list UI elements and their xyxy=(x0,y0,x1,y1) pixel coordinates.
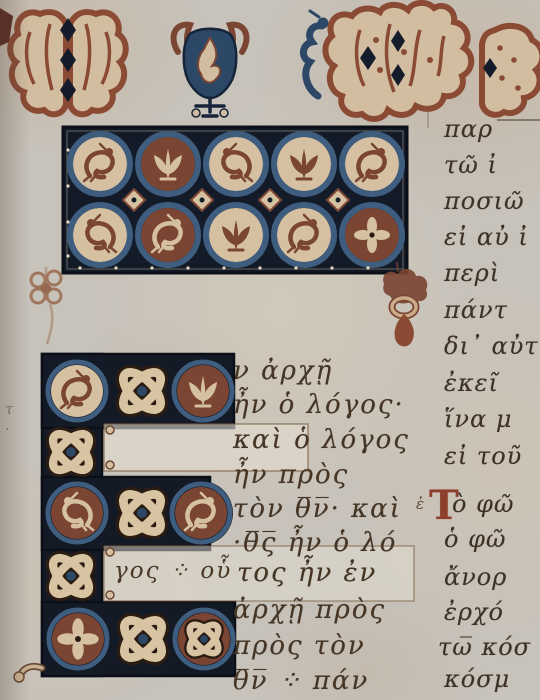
right-column-line: ἐρχό xyxy=(444,600,504,624)
headpiece-medallion-bird xyxy=(67,202,133,268)
right-column-line: ποσιῶ xyxy=(444,189,525,213)
initial-medallion-palmette xyxy=(171,359,235,423)
initial-medallion-knot xyxy=(172,607,236,671)
initial-counter-text: γος ⁘ οὗ xyxy=(114,560,232,583)
gospel-text-line: πρὸς τὸν xyxy=(233,633,366,659)
headpiece-medallion-palmette xyxy=(135,131,201,197)
initial-knot xyxy=(118,614,167,663)
margin-quatrefoil-ornament xyxy=(31,267,61,344)
right-column-line: εἰ αὐ ἰ xyxy=(444,225,529,249)
gospel-text-line: θ̅ν̅ ⁘ πάν xyxy=(233,668,369,694)
gospel-text-line: ἦν ὁ λόγος· xyxy=(233,392,405,418)
pendant-drop-ornament xyxy=(383,262,427,346)
right-column-line: ὸ φῶ xyxy=(452,492,514,516)
gospel-text-line: τος ἦν ἐν xyxy=(237,560,377,586)
right-column-line: ἄνορ xyxy=(444,565,507,589)
headpiece-medallion-bird xyxy=(135,202,201,268)
initial-medallion-flower xyxy=(46,607,110,671)
right-column-line: τῶ ἰ xyxy=(444,153,498,177)
right-column-line: ὁ φῶ xyxy=(444,527,506,551)
right-column-line: τω̅ κόσ xyxy=(438,635,531,659)
headpiece-medallion-bird xyxy=(271,202,337,268)
headpiece-panel xyxy=(63,127,407,273)
headpiece-medallion-bird xyxy=(203,131,269,197)
right-column-line: εἰ τοῦ xyxy=(444,444,522,468)
right-column-line: παρ xyxy=(444,117,493,141)
right-column-line: ἐκεῖ xyxy=(444,371,499,395)
initial-knot xyxy=(117,366,166,415)
headpiece-medallion-bird xyxy=(67,131,133,197)
headpiece-medallion-palmette xyxy=(271,131,337,197)
headpiece-medallion-palmette xyxy=(203,202,269,268)
initial-foot-hook xyxy=(14,666,42,682)
gospel-text-line: ἀρχῇ πρὸς xyxy=(233,597,386,623)
right-column-line: πάντ xyxy=(444,298,508,322)
gospel-text-line: ·θ̅ς̅ ἦν ὁ λό xyxy=(233,530,397,556)
right-column-line: περὶ xyxy=(444,261,500,285)
gospel-text-line: ν ἀρχῇ xyxy=(233,358,333,384)
top-finial-center xyxy=(174,25,247,117)
headpiece-medallion-bird xyxy=(339,131,405,197)
initial-knot xyxy=(117,488,166,537)
headpiece-medallion-flower xyxy=(339,202,405,268)
top-finial-right xyxy=(303,3,540,119)
initial-stem-knot xyxy=(47,552,95,600)
initial-medallion-bird xyxy=(45,359,109,423)
gospel-text-line: ἦν πρὸς xyxy=(233,462,349,488)
manuscript-page: Ε xyxy=(0,0,540,700)
gospel-text-line: τὸν θ̅ν̅· καὶ xyxy=(233,496,402,522)
gospel-text-line: καὶ ὁ λόγος xyxy=(233,427,410,453)
top-finial-left xyxy=(10,12,126,114)
right-column-line: κόσμ xyxy=(444,667,510,691)
right-column-line: ἵνα μ xyxy=(444,407,512,431)
margin-side-note: ἑ xyxy=(416,497,424,512)
initial-medallion-bird xyxy=(45,481,109,545)
left-margin-mark: τ· xyxy=(5,400,17,439)
initial-medallion-bird xyxy=(169,481,233,545)
bird-head-scroll xyxy=(303,26,322,96)
initial-stem-knot xyxy=(47,428,95,476)
right-column-line: δι᾽ αὐτ xyxy=(444,334,539,358)
